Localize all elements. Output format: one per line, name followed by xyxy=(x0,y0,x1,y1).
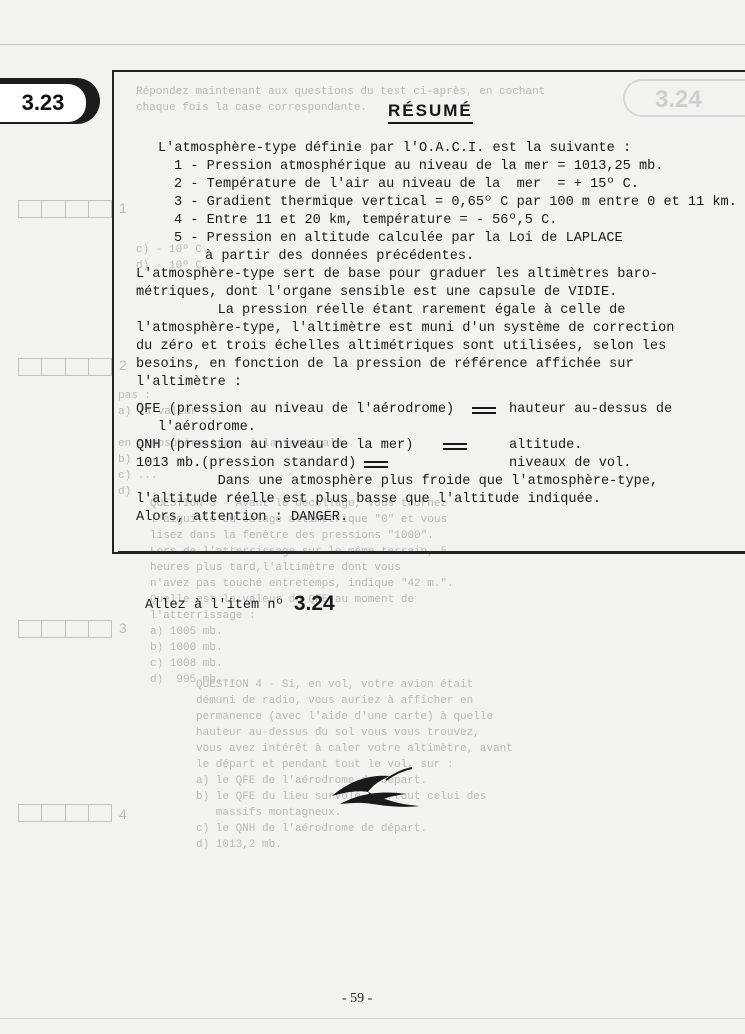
double-arrow-icon xyxy=(470,403,498,417)
summary-paragraph-line: l'atmosphère-type, l'altimètre est muni … xyxy=(136,320,674,338)
double-arrow-icon xyxy=(441,439,469,453)
ghost-row-number: 4 xyxy=(119,806,127,822)
double-arrow-icon xyxy=(362,457,390,471)
summary-paragraph-line: L'atmosphère-type sert de base pour grad… xyxy=(136,266,658,284)
danger-warning: Alors, attention : DANGER. xyxy=(136,509,348,527)
summary-title: RÉSUMÉ xyxy=(388,101,473,124)
wing-logo-icon xyxy=(328,760,428,815)
summary-item: 1 - Pression atmosphérique au niveau de … xyxy=(174,158,663,176)
section-number: 3.23 xyxy=(0,84,86,122)
summary-item: 3 - Gradient thermique vertical = 0,65º … xyxy=(174,194,737,212)
ghost-answer-grid xyxy=(18,804,112,822)
ghost-answer-grid xyxy=(18,200,112,218)
qfe-continuation: l'aérodrome. xyxy=(158,419,256,437)
qfe-label: QFE (pression au niveau de l'aérodrome) xyxy=(136,401,454,419)
summary-paragraph-line: La pression réelle étant rarement égale … xyxy=(136,302,625,320)
standard-label: 1013 mb.(pression standard) xyxy=(136,455,356,473)
summary-item: 2 - Température de l'air au niveau de la… xyxy=(174,176,639,194)
qnh-label: QNH (pression au niveau de la mer) xyxy=(136,437,413,455)
summary-item: 5 - Pression en altitude calculée par la… xyxy=(174,230,623,248)
summary-intro: L'atmosphère-type définie par l'O.A.C.I.… xyxy=(158,140,631,158)
goto-label: Allez à l'item nº xyxy=(145,598,284,613)
goto-target[interactable]: 3.24 xyxy=(294,592,335,615)
summary-item-continuation: à partir des données précédentes. xyxy=(205,248,474,266)
summary-item: 4 - Entre 11 et 20 km, température = - 5… xyxy=(174,212,557,230)
summary-box-shadow xyxy=(118,551,745,554)
qnh-result: altitude. xyxy=(509,437,582,455)
page-number: - 59 - xyxy=(342,991,372,1007)
standard-result: niveaux de vol. xyxy=(509,455,631,473)
summary-paragraph-line: Dans une atmosphère plus froide que l'at… xyxy=(136,473,658,491)
summary-paragraph-line: l'altitude réelle est plus basse que l'a… xyxy=(136,491,601,509)
summary-paragraph-line: l'altimètre : xyxy=(136,374,242,392)
bottom-rule xyxy=(0,1018,745,1019)
goto-instruction[interactable]: Allez à l'item nº 3.24 xyxy=(145,592,335,616)
qfe-result: hauteur au-dessus de xyxy=(509,401,672,419)
section-badge: 3.23 xyxy=(0,78,100,124)
ghost-answer-grid xyxy=(18,358,112,376)
summary-paragraph-line: métriques, dont l'organe sensible est un… xyxy=(136,284,617,302)
summary-paragraph-line: besoins, en fonction de la pression de r… xyxy=(136,356,634,374)
top-rule xyxy=(0,44,745,45)
ghost-row-number: 3 xyxy=(119,620,127,636)
ghost-answer-grid xyxy=(18,620,112,638)
summary-paragraph-line: du zéro et trois échelles altimétriques … xyxy=(136,338,666,356)
